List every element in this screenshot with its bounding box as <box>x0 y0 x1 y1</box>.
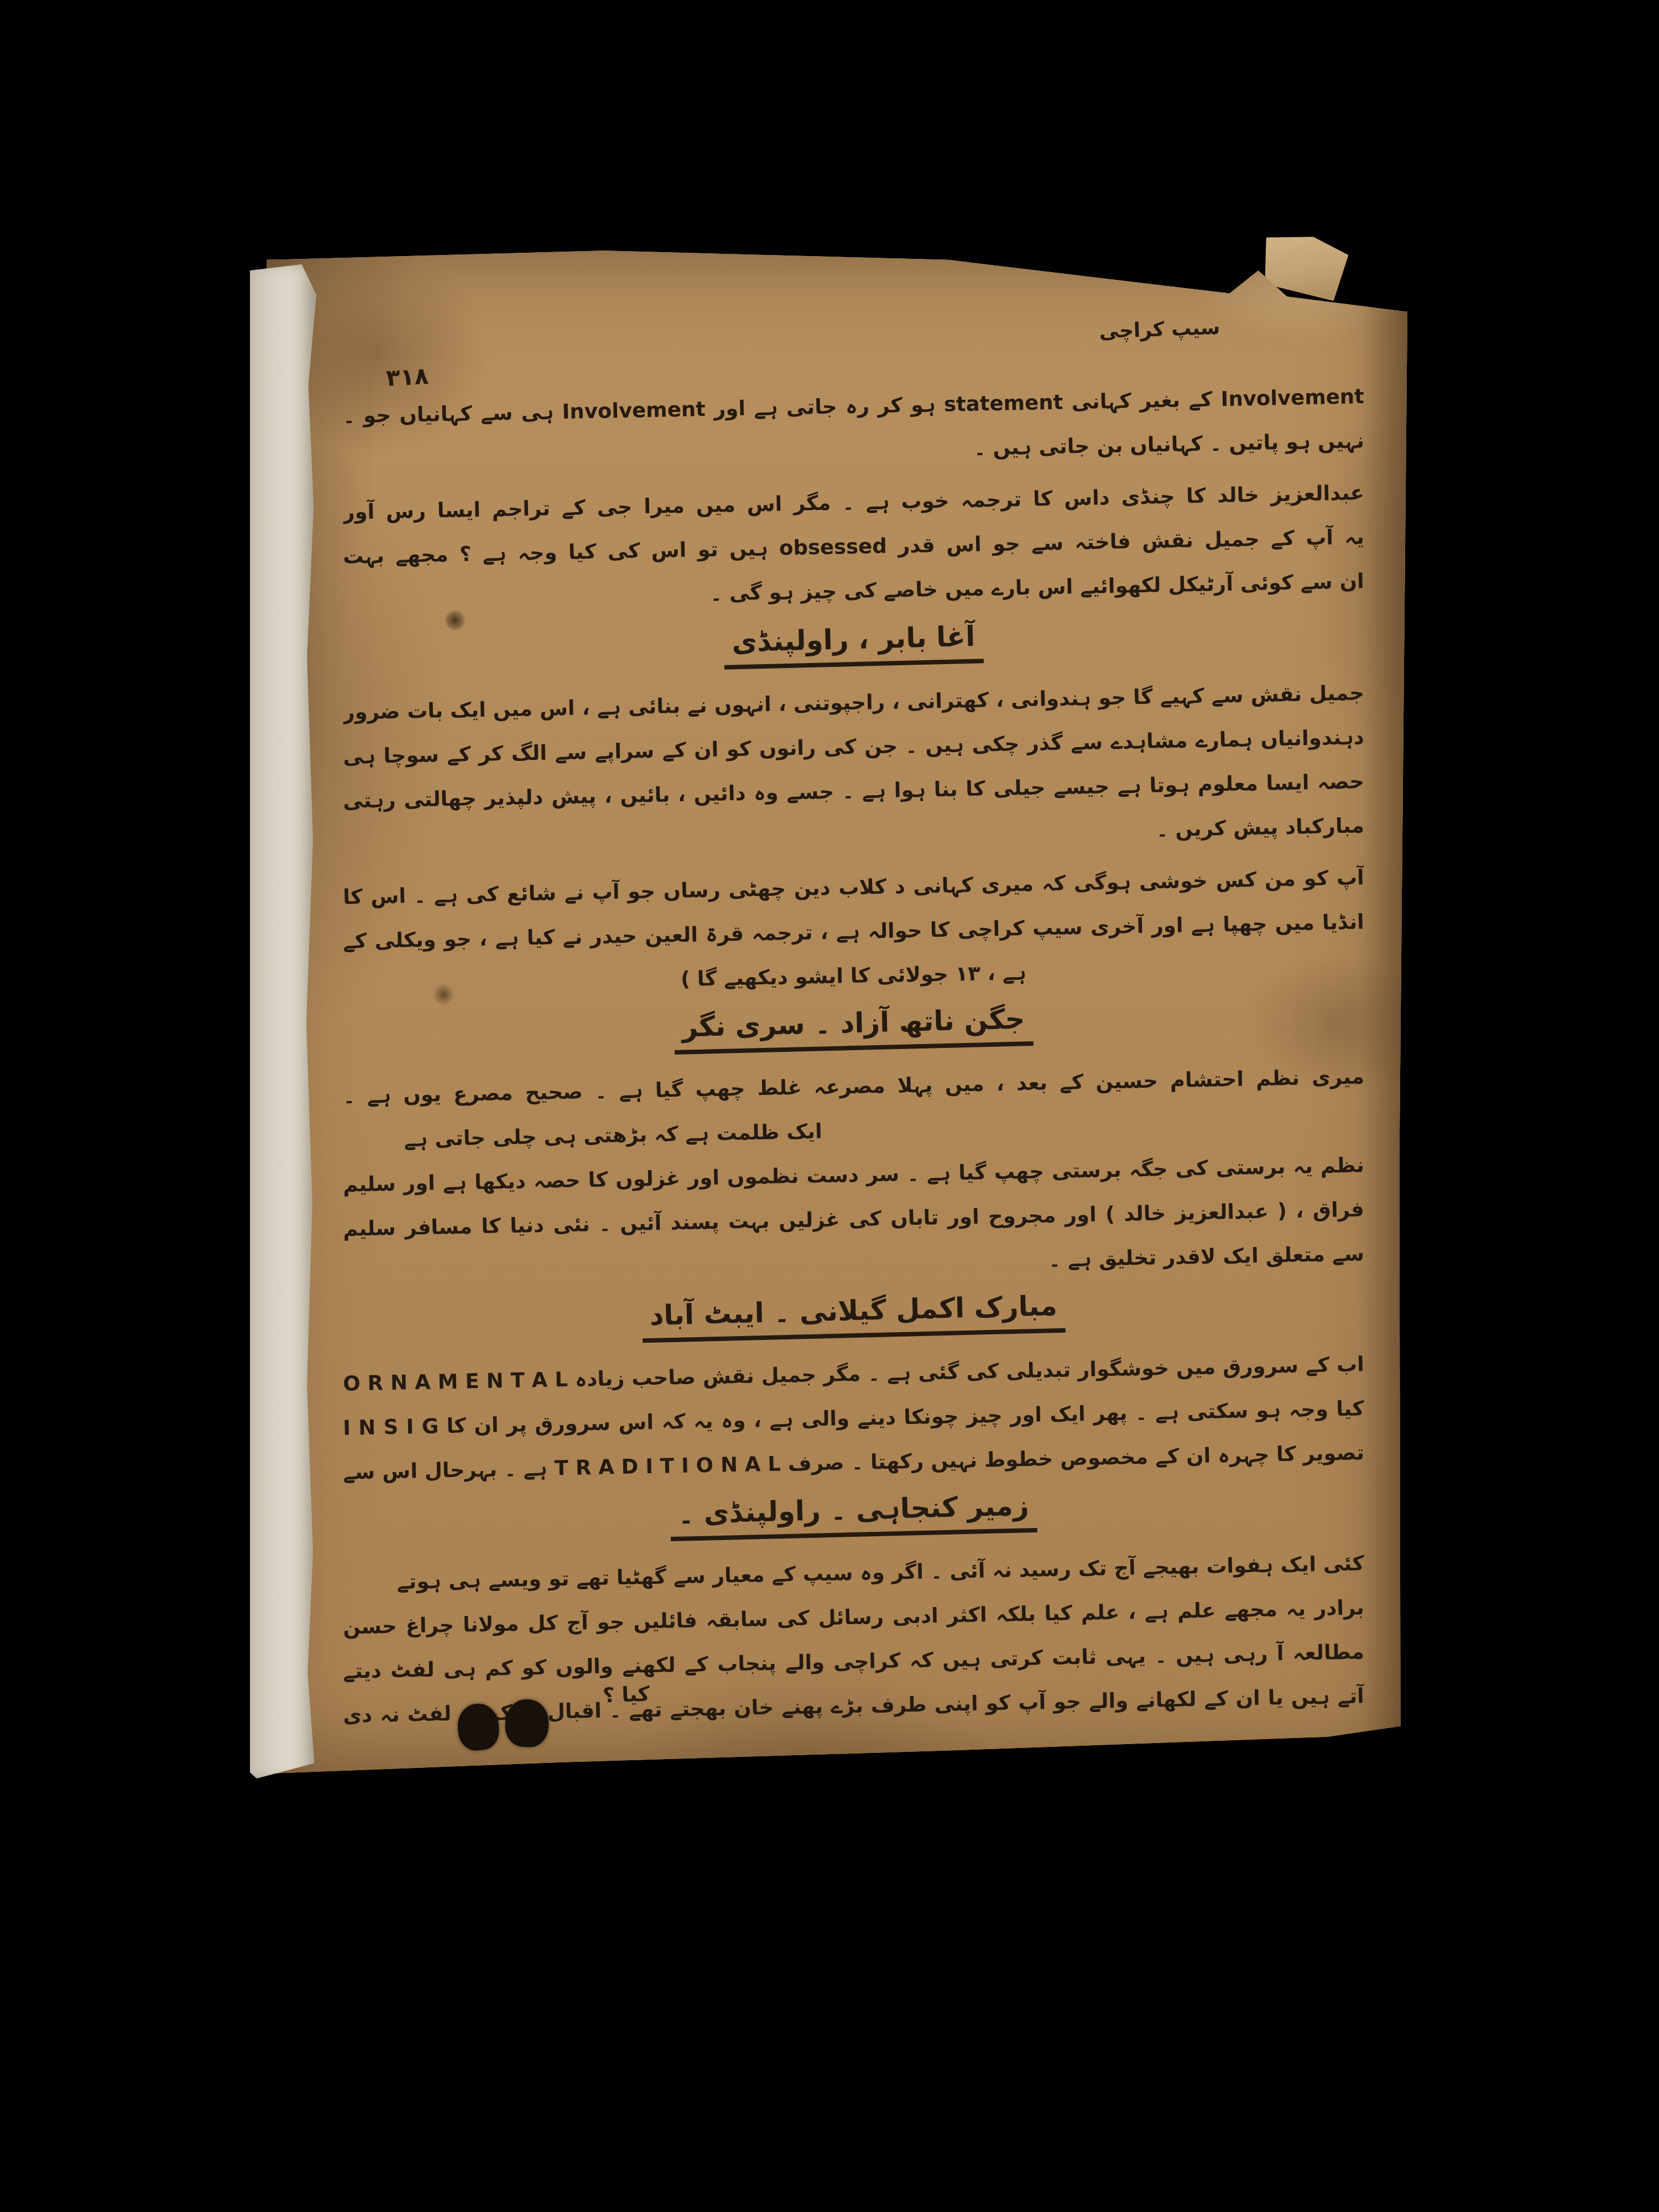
section-heading-text: مبارک اکمل گیلانی ۔ ایبٹ آباد <box>641 1288 1066 1343</box>
photo-scene: ۳۱۸ سیپ کراچی Involvement کے بغیر کہانی … <box>0 0 1659 2212</box>
section-heading-text: جگن ناتھ آزاد ۔ سری نگر <box>674 1001 1033 1055</box>
magazine-page: ۳۱۸ سیپ کراچی Involvement کے بغیر کہانی … <box>260 246 1407 1773</box>
page-content: سیپ کراچی Involvement کے بغیر کہانی stat… <box>343 329 1364 1740</box>
section-heading-text: آغا بابر ، راولپنڈی <box>724 619 984 669</box>
section-heading-text: زمیر کنجاہی ۔ راولپنڈی ۔ <box>670 1488 1037 1541</box>
running-header: سیپ کراچی <box>343 311 1365 380</box>
text-line: کیا ؟ <box>602 1682 650 1708</box>
binding-tape <box>250 264 316 1778</box>
